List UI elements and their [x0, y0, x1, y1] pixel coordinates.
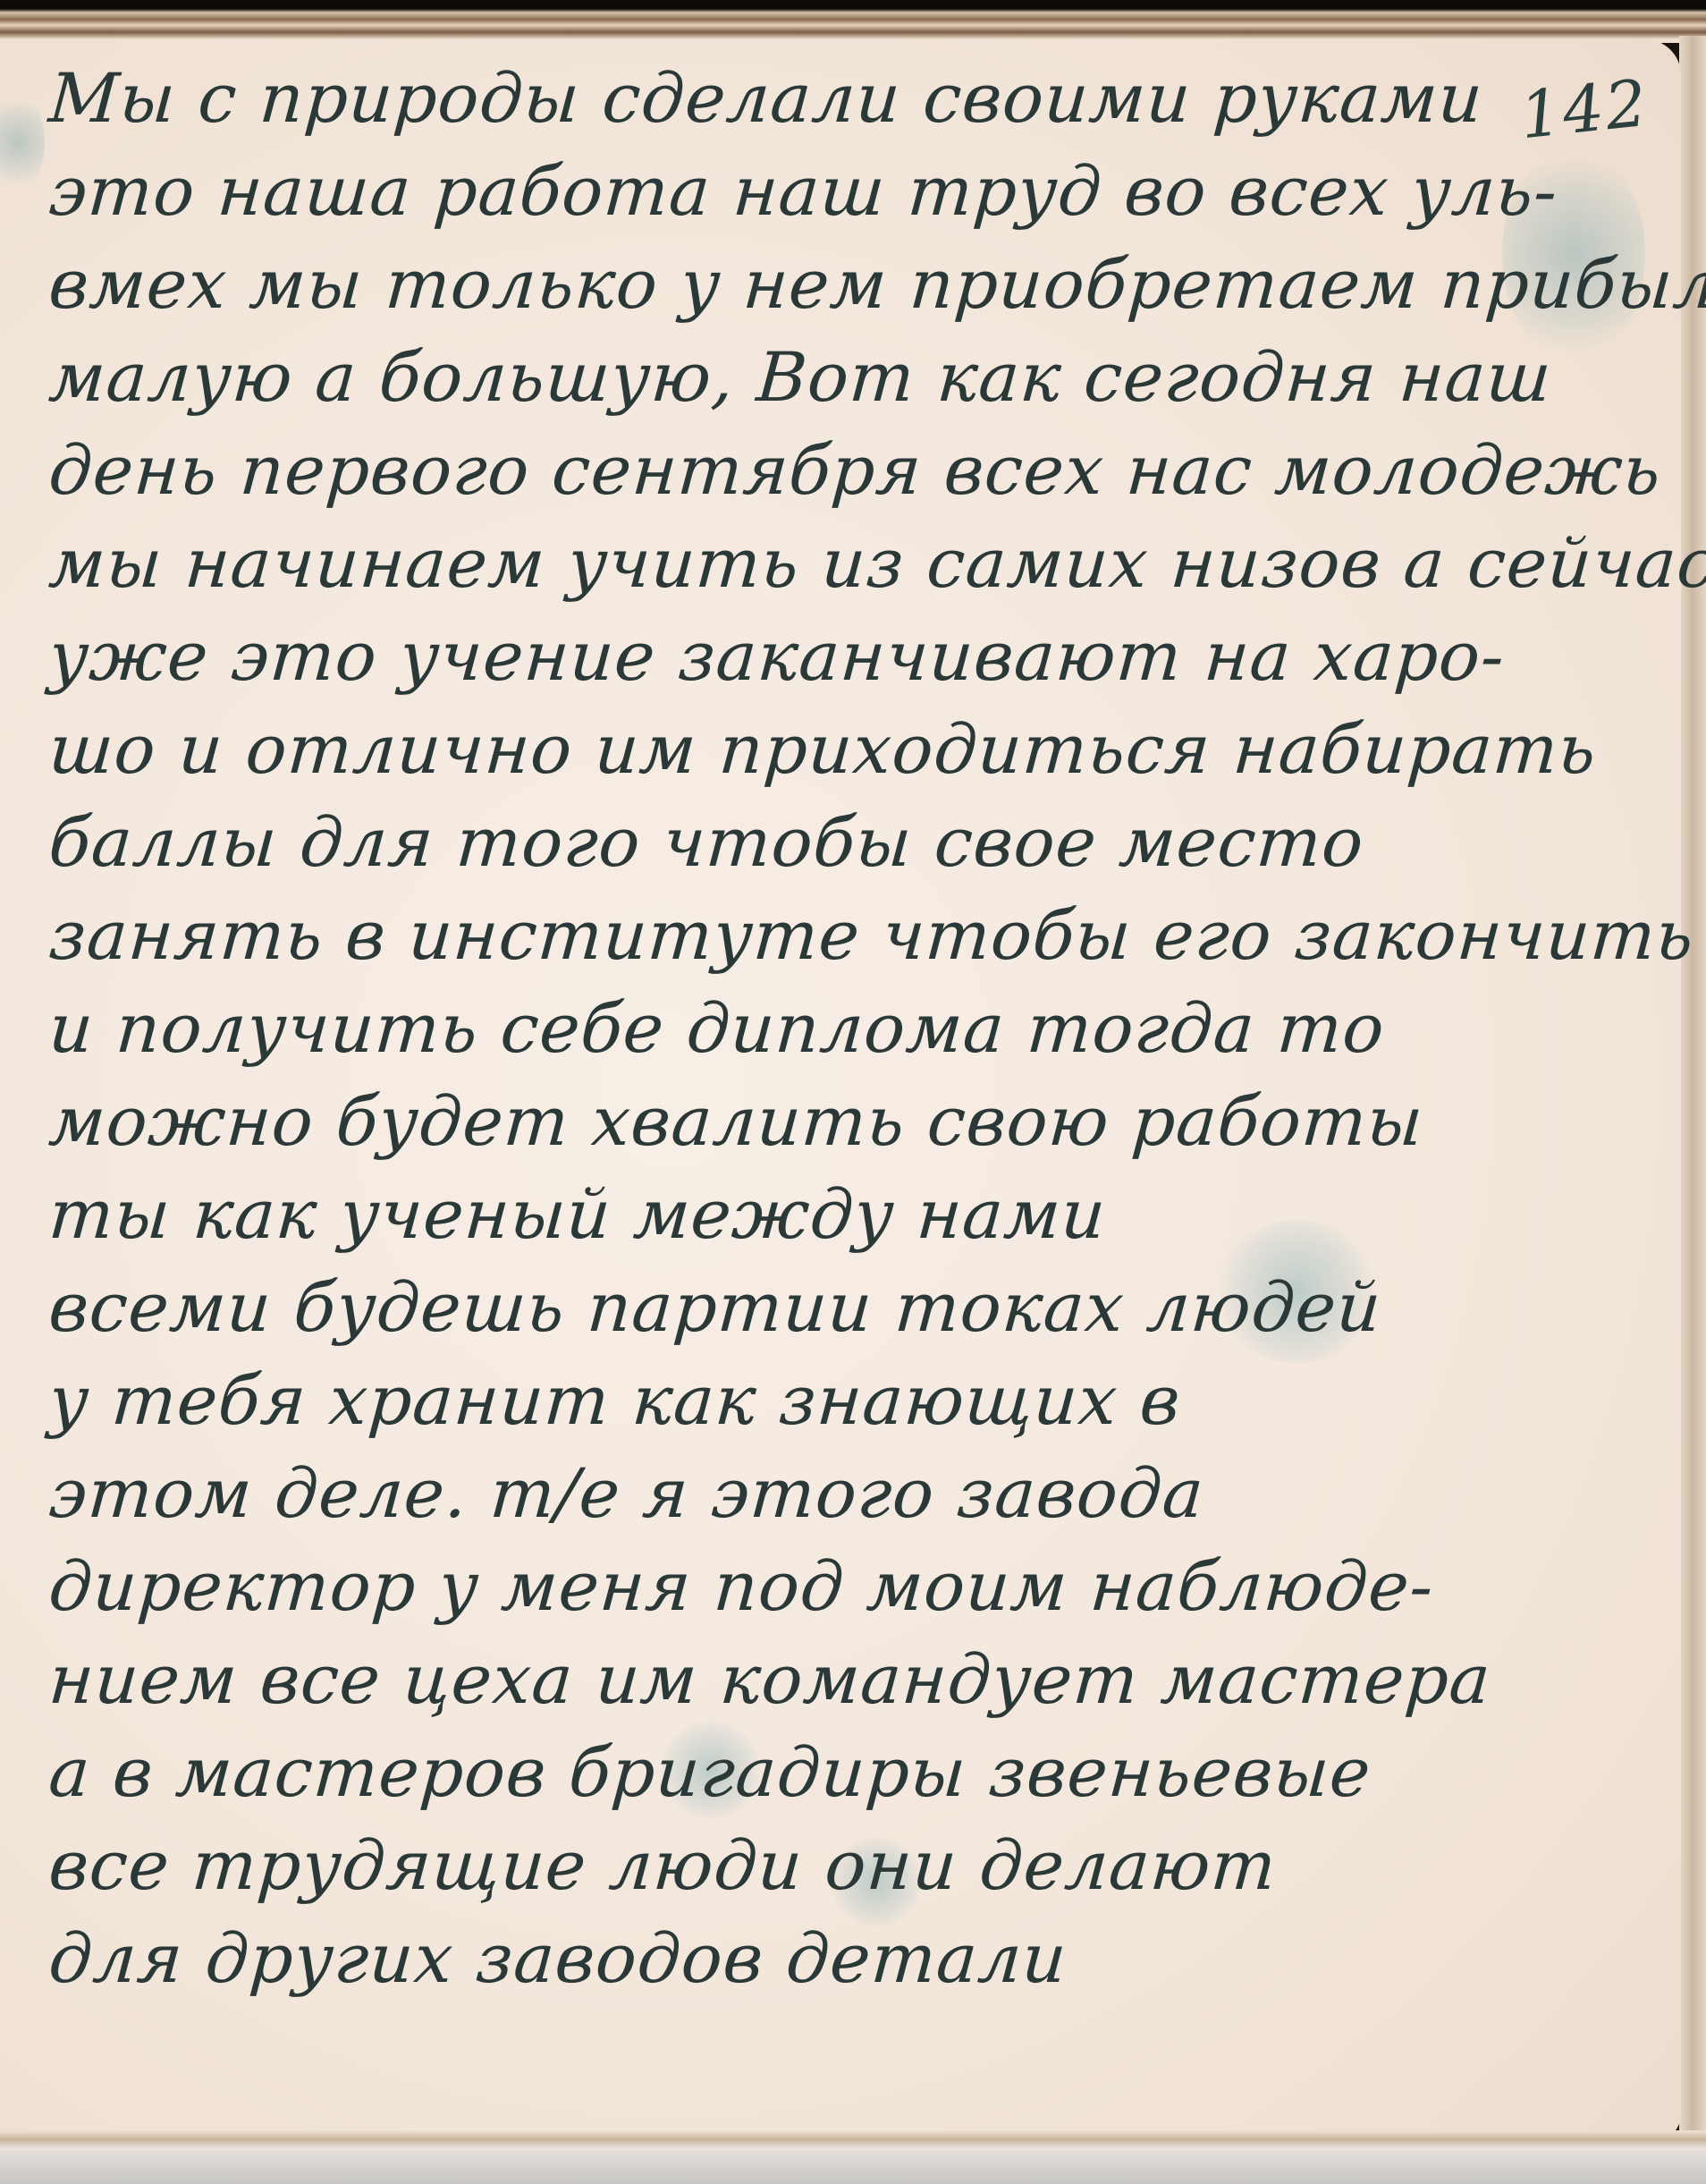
text-line: баллы для того чтобы свое место — [46, 796, 1626, 889]
text-line: все трудящие люди они делают — [46, 1819, 1626, 1912]
text-line: день первого сентября всех нас молодежь — [46, 424, 1626, 517]
text-line: малую а большую, Вот как сегодня наш — [46, 331, 1626, 424]
text-line: можно будет хвалить свою работы — [46, 1075, 1626, 1168]
text-line: ты как ученый между нами — [46, 1168, 1626, 1261]
notebook-top-edge — [0, 0, 1706, 43]
text-line: Мы с природы сделали своими руками — [46, 52, 1626, 145]
text-line: уже это учение заканчивают на харо- — [46, 610, 1626, 703]
notebook-bottom-edge — [0, 2130, 1706, 2184]
text-line: нием все цеха им командует мастера — [46, 1633, 1626, 1726]
text-line: а в мастеров бригадиры звеньевые — [46, 1726, 1626, 1819]
handwritten-text: Мы с природы сделали своими руками это н… — [49, 52, 1623, 2005]
text-line: для других заводов детали — [46, 1912, 1626, 2005]
text-line: всеми будешь партии токах людей — [46, 1261, 1626, 1354]
text-line: вмех мы только у нем приобретаем прибыль… — [46, 238, 1626, 331]
text-line: этом деле. т/е я этого завода — [46, 1447, 1626, 1540]
text-line: шо и отлично им приходиться набирать — [46, 703, 1626, 796]
ink-stain — [0, 93, 45, 191]
text-line: это наша работа наш труд во всех уль- — [46, 145, 1626, 238]
notebook-right-edge — [1679, 36, 1706, 2146]
text-line: и получить себе диплома тогда то — [46, 982, 1626, 1075]
text-line: у тебя хранит как знающих в — [46, 1354, 1626, 1447]
text-line: занять в институте чтобы его закончить — [46, 889, 1626, 982]
text-line: мы начинаем учить из самих низов а сейча… — [46, 517, 1626, 610]
text-line: директор у меня под моим наблюде- — [46, 1540, 1626, 1633]
